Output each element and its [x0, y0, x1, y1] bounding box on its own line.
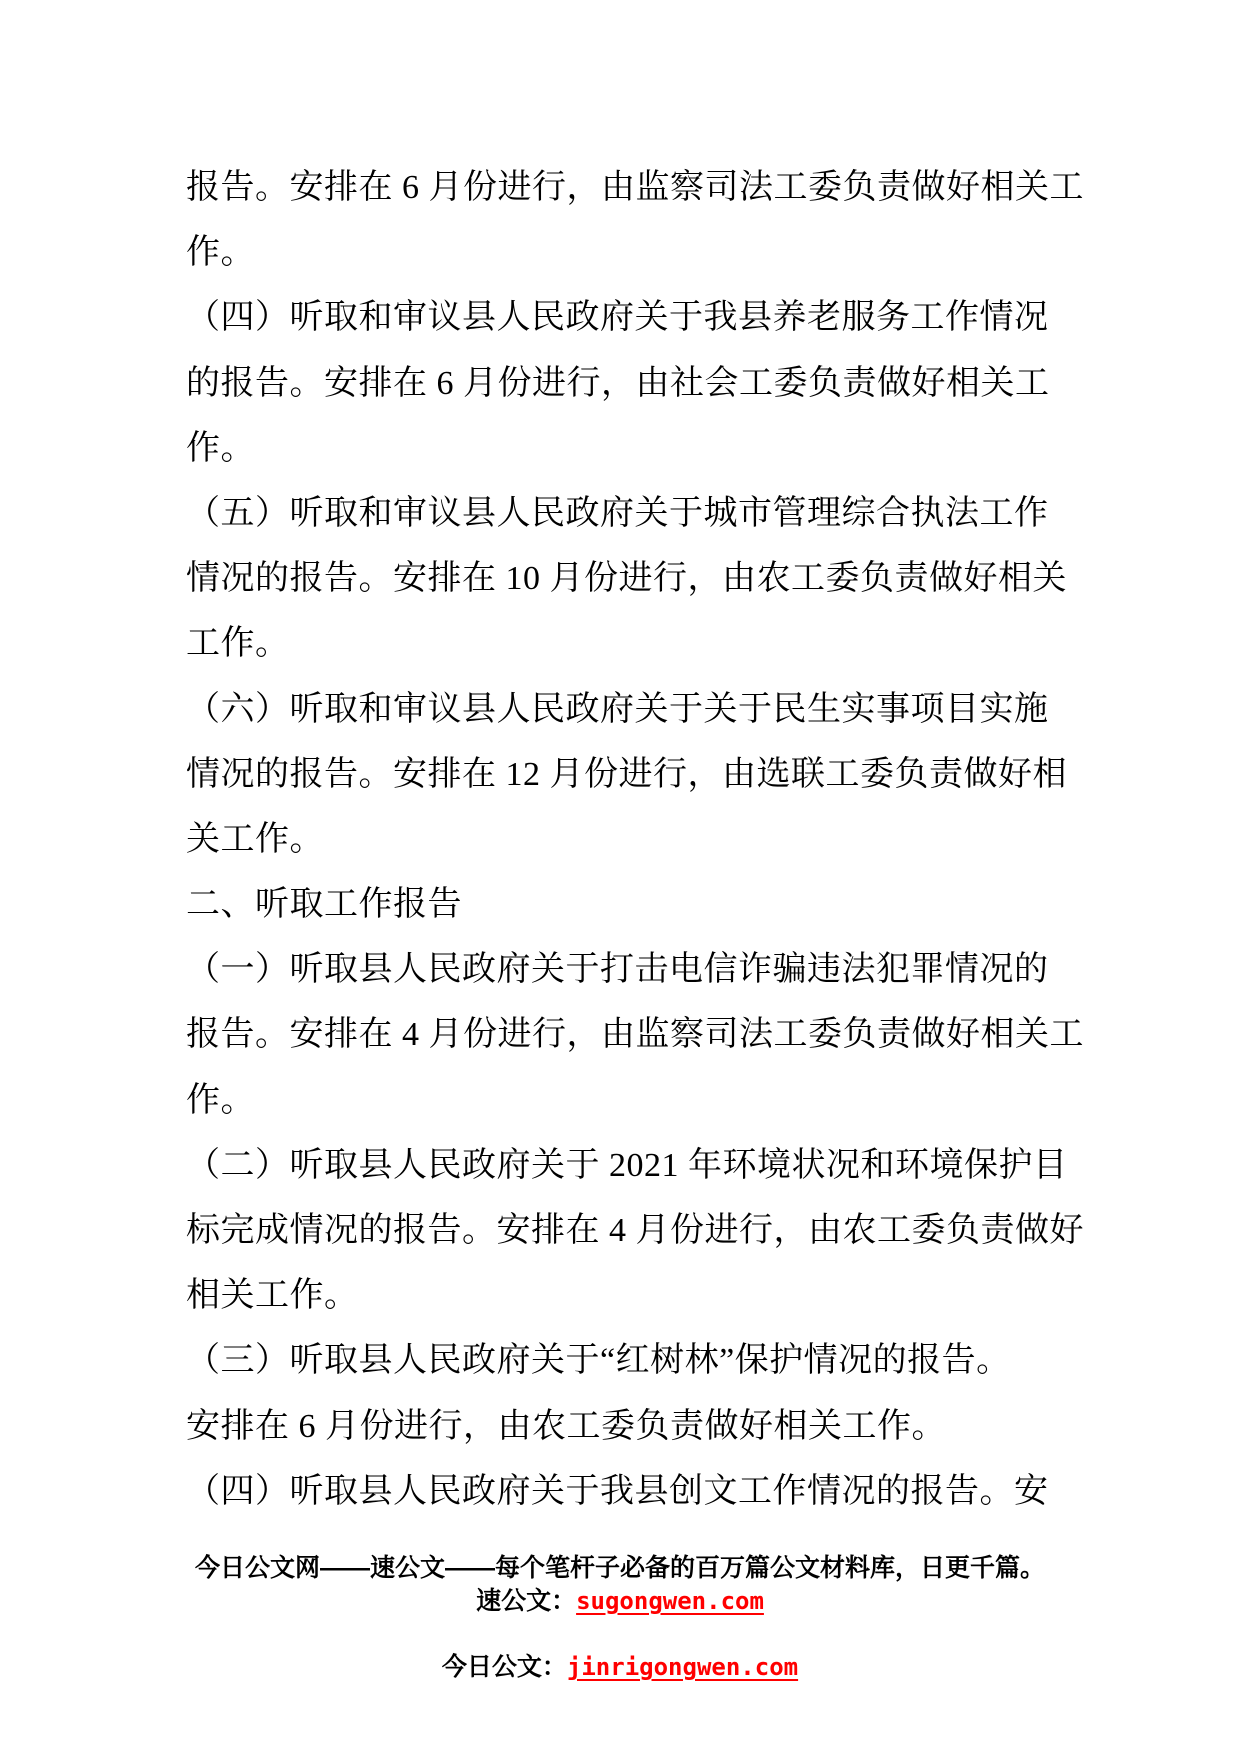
body-line: 标完成情况的报告。安排在 4 月份进行，由农工委负责做好: [186, 1198, 1086, 1263]
body-line: 二、听取工作报告: [186, 872, 1086, 937]
footer-link-label-sugongwen: 速公文：: [476, 1587, 576, 1615]
body-line: （三）听取县人民政府关于“红树林”保护情况的报告。: [186, 1328, 1086, 1393]
document-footer: 今日公文网——速公文——每个笔杆子必备的百万篇公文材料库，日更千篇。 速公文：s…: [0, 1552, 1240, 1717]
body-line: （四）听取县人民政府关于我县创文工作情况的报告。安: [186, 1459, 1086, 1524]
document-page: 报告。安排在 6 月份进行，由监察司法工委负责做好相关工作。（四）听取和审议县人…: [0, 0, 1240, 1754]
body-line: 作。: [186, 416, 1086, 481]
body-line: （一）听取县人民政府关于打击电信诈骗违法犯罪情况的: [186, 937, 1086, 1002]
body-line: 的报告。安排在 6 月份进行，由社会工委负责做好相关工: [186, 351, 1086, 416]
body-line: （二）听取县人民政府关于 2021 年环境状况和环境保护目: [186, 1133, 1086, 1198]
body-line: 相关工作。: [186, 1263, 1086, 1328]
footer-link-row-jinrigongwen: 今日公文：jinrigongwen.com: [0, 1651, 1240, 1717]
document-body: 报告。安排在 6 月份进行，由监察司法工委负责做好相关工作。（四）听取和审议县人…: [186, 155, 1086, 1524]
body-line: （四）听取和审议县人民政府关于我县养老服务工作情况: [186, 285, 1086, 350]
footer-link-row-sugongwen: 速公文：sugongwen.com: [0, 1585, 1240, 1651]
body-line: 情况的报告。安排在 12 月份进行，由选联工委负责做好相: [186, 742, 1086, 807]
body-line: 报告。安排在 4 月份进行，由监察司法工委负责做好相关工: [186, 1002, 1086, 1067]
body-line: 报告。安排在 6 月份进行，由监察司法工委负责做好相关工: [186, 155, 1086, 220]
body-line: 工作。: [186, 611, 1086, 676]
body-line: 情况的报告。安排在 10 月份进行，由农工委负责做好相关: [186, 546, 1086, 611]
footer-link-label-jinrigongwen: 今日公文：: [442, 1653, 567, 1681]
footer-link-url-sugongwen[interactable]: sugongwen.com: [576, 1587, 764, 1615]
body-line: 关工作。: [186, 807, 1086, 872]
body-line: （六）听取和审议县人民政府关于关于民生实事项目实施: [186, 677, 1086, 742]
body-line: 作。: [186, 1068, 1086, 1133]
body-line: 作。: [186, 220, 1086, 285]
footer-link-url-jinrigongwen[interactable]: jinrigongwen.com: [567, 1653, 798, 1681]
body-line: （五）听取和审议县人民政府关于城市管理综合执法工作: [186, 481, 1086, 546]
footer-tagline: 今日公文网——速公文——每个笔杆子必备的百万篇公文材料库，日更千篇。: [0, 1552, 1240, 1585]
body-line: 安排在 6 月份进行，由农工委负责做好相关工作。: [186, 1394, 1086, 1459]
